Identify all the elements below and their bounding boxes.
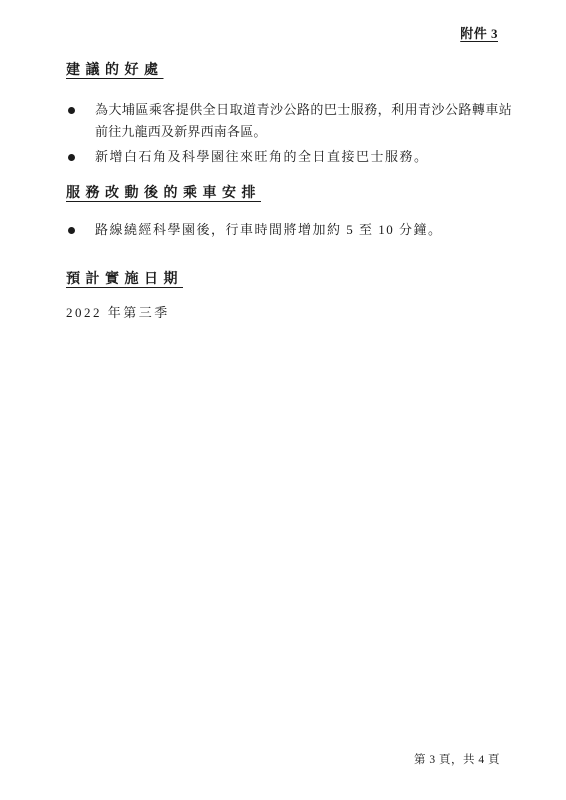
list-item-line: 路線繞經科學園後，行車時間將增加約 5 至 10 分鐘。 (95, 219, 512, 241)
list-item: 為大埔區乘客提供全日取道青沙公路的巴士服務，利用青沙公路轉車站 前往九龍西及新界… (68, 99, 512, 143)
list-item-line: 為大埔區乘客提供全日取道青沙公路的巴士服務，利用青沙公路轉車站 (95, 99, 512, 121)
section-heading-proposal-benefits: 建議的好處 (66, 61, 164, 81)
list-item-line: 前往九龍西及新界西南各區。 (95, 121, 512, 143)
section-heading-implementation-date: 預計實施日期 (66, 270, 183, 290)
list-item-text: 路線繞經科學園後，行車時間將增加約 5 至 10 分鐘。 (95, 219, 512, 241)
list-item: 新增白石角及科學園往來旺角的全日直接巴士服務。 (68, 146, 512, 168)
bullet-icon (68, 99, 95, 121)
document-page: 附件 3 建議的好處 為大埔區乘客提供全日取道青沙公路的巴士服務，利用青沙公路轉… (0, 0, 566, 800)
list-item-text: 為大埔區乘客提供全日取道青沙公路的巴士服務，利用青沙公路轉車站 前往九龍西及新界… (95, 99, 512, 143)
bullet-icon (68, 219, 95, 241)
implementation-date-text: 2022 年第三季 (66, 303, 170, 323)
list-item: 路線繞經科學園後，行車時間將增加約 5 至 10 分鐘。 (68, 219, 512, 241)
section-heading-service-arrangement: 服務改動後的乘車安排 (66, 184, 261, 204)
list-item-line: 新增白石角及科學園往來旺角的全日直接巴士服務。 (95, 146, 512, 168)
page-number: 第 3 頁，共 4 頁 (414, 751, 500, 769)
annex-label: 附件 3 (460, 24, 498, 44)
list-item-text: 新增白石角及科學園往來旺角的全日直接巴士服務。 (95, 146, 512, 168)
bullet-icon (68, 146, 95, 168)
